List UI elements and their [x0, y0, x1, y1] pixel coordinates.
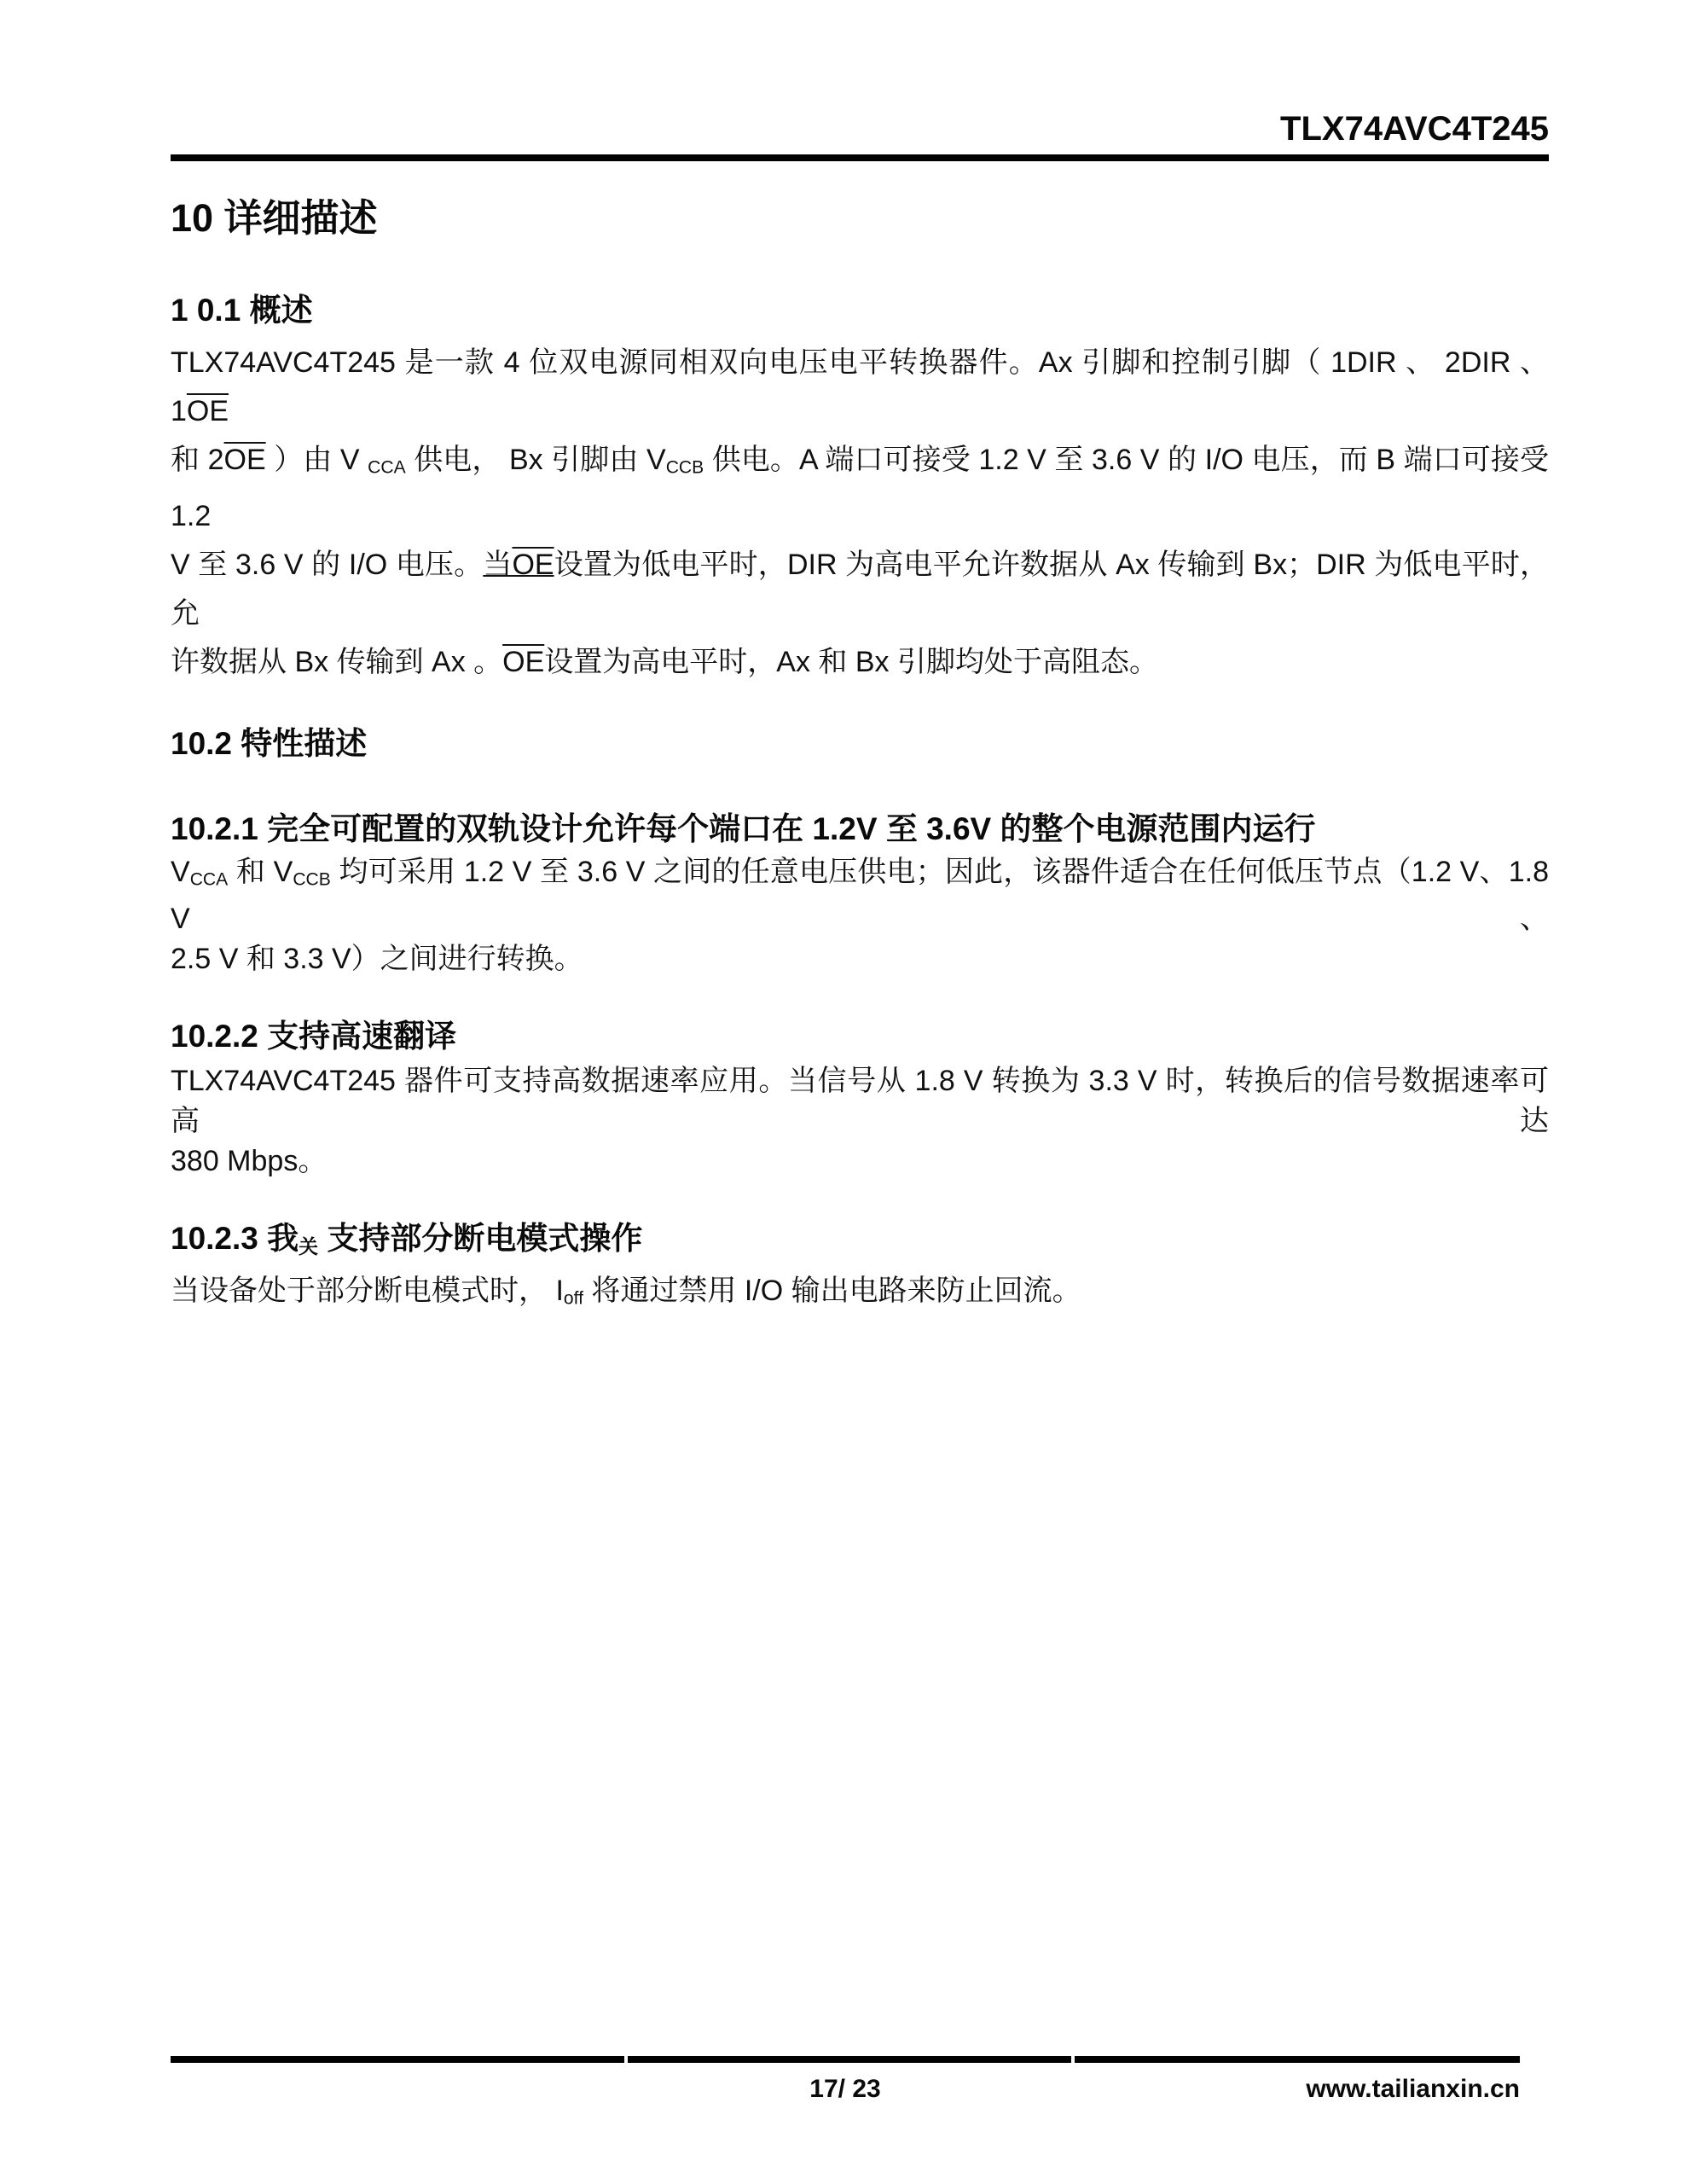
text-segment: 10.2.3 我 [171, 1221, 299, 1256]
section-heading-10-2-3: 10.2.3 我关 支持部分断电模式操作 [171, 1221, 1549, 1264]
text-segment: 供电。A 端口可接受 1.2 V 至 3.6 V 的 I/O 电压，而 B 端口… [171, 444, 1549, 532]
document-title: TLX74AVC4T245 [171, 0, 1549, 148]
text-segment: 设置为高电平时，Ax 和 Bx 引脚均处于高阻态。 [544, 646, 1158, 678]
paragraph-partial-power-down: 当设备处于部分断电模式时， Ioff 将通过禁用 I/O 输出电路来防止回流。 [171, 1271, 1549, 1319]
footer-rule-segment [628, 2056, 1071, 2063]
text-segment: 关 [299, 1235, 318, 1258]
footer-rule-segment [1075, 2056, 1520, 2063]
text-segment: CCA [190, 869, 229, 889]
footer-rule-segment [171, 2056, 624, 2063]
section-heading-10-2-1: 10.2.1 完全可配置的双轨设计允许每个端口在 1.2V 至 3.6V 的整个… [171, 811, 1549, 847]
text-segment: off [564, 1289, 583, 1309]
header-rule [171, 154, 1549, 161]
text-segment: CCB [666, 458, 704, 478]
footer-row: 17/ 23 www.tailianxin.cn [171, 2075, 1520, 2106]
page-content: TLX74AVC4T245 10 详细描述 1 0.1 概述 TLX74AVC4… [171, 0, 1549, 1319]
section-heading-10-1: 1 0.1 概述 [171, 293, 1549, 328]
text-segment: 和 V [228, 856, 293, 888]
text-segment: V 至 3.6 V 的 I/O 电压。 [171, 549, 483, 581]
section-heading-10-2: 10.2 特性描述 [171, 726, 1549, 762]
text-segment: OE [187, 395, 229, 427]
text-segment: CCA [368, 458, 406, 478]
text-segment: 2.5 V 和 3.3 V）之间进行转换。 [171, 943, 583, 975]
text-segment: 当 [483, 549, 512, 581]
paragraph-overview: TLX74AVC4T245 是一款 4 位双电源同相双向电压电平转换器件。Ax … [171, 339, 1549, 687]
text-segment: OE [502, 646, 544, 678]
text-segment: 当设备处于部分断电模式时， I [171, 1275, 564, 1307]
text-segment: V [171, 856, 190, 888]
text-segment: TLX74AVC4T245 器件可支持高数据速率应用。当信号从 1.8 V 转换… [171, 1065, 1549, 1137]
website-url: www.tailianxin.cn [1306, 2075, 1520, 2104]
text-segment: 支持部分断电模式操作 [318, 1221, 642, 1256]
footer-rule [171, 2056, 1520, 2063]
text-segment: ）由 V [266, 444, 368, 476]
text-segment: TLX74AVC4T245 是一款 4 位双电源同相双向电压电平转换器件。Ax … [171, 346, 1549, 427]
text-segment: CCB [293, 869, 331, 889]
text-segment: OE [512, 549, 554, 581]
section-heading-10: 10 详细描述 [171, 197, 1549, 240]
datasheet-page: TLX74AVC4T245 10 详细描述 1 0.1 概述 TLX74AVC4… [0, 0, 1687, 2184]
text-segment: 供电， Bx 引脚由 V [406, 444, 666, 476]
text-segment: 和 2 [171, 444, 224, 476]
text-segment: 许数据从 Bx 传输到 Ax 。 [171, 646, 502, 678]
page-footer: 17/ 23 www.tailianxin.cn [171, 2056, 1520, 2106]
section-heading-10-2-2: 10.2.2 支持高速翻译 [171, 1019, 1549, 1054]
text-segment: 380 Mbps。 [171, 1145, 327, 1177]
paragraph-dual-rail: VCCA 和 VCCB 均可采用 1.2 V 至 3.6 V 之间的任意电压供电… [171, 852, 1549, 980]
text-segment: OE [224, 444, 266, 476]
paragraph-high-speed: TLX74AVC4T245 器件可支持高数据速率应用。当信号从 1.8 V 转换… [171, 1061, 1549, 1182]
text-segment: 将通过禁用 I/O 输出电路来防止回流。 [583, 1275, 1081, 1307]
text-segment: 均可采用 1.2 V 至 3.6 V 之间的任意电压供电；因此，该器件适合在任何… [171, 856, 1549, 936]
